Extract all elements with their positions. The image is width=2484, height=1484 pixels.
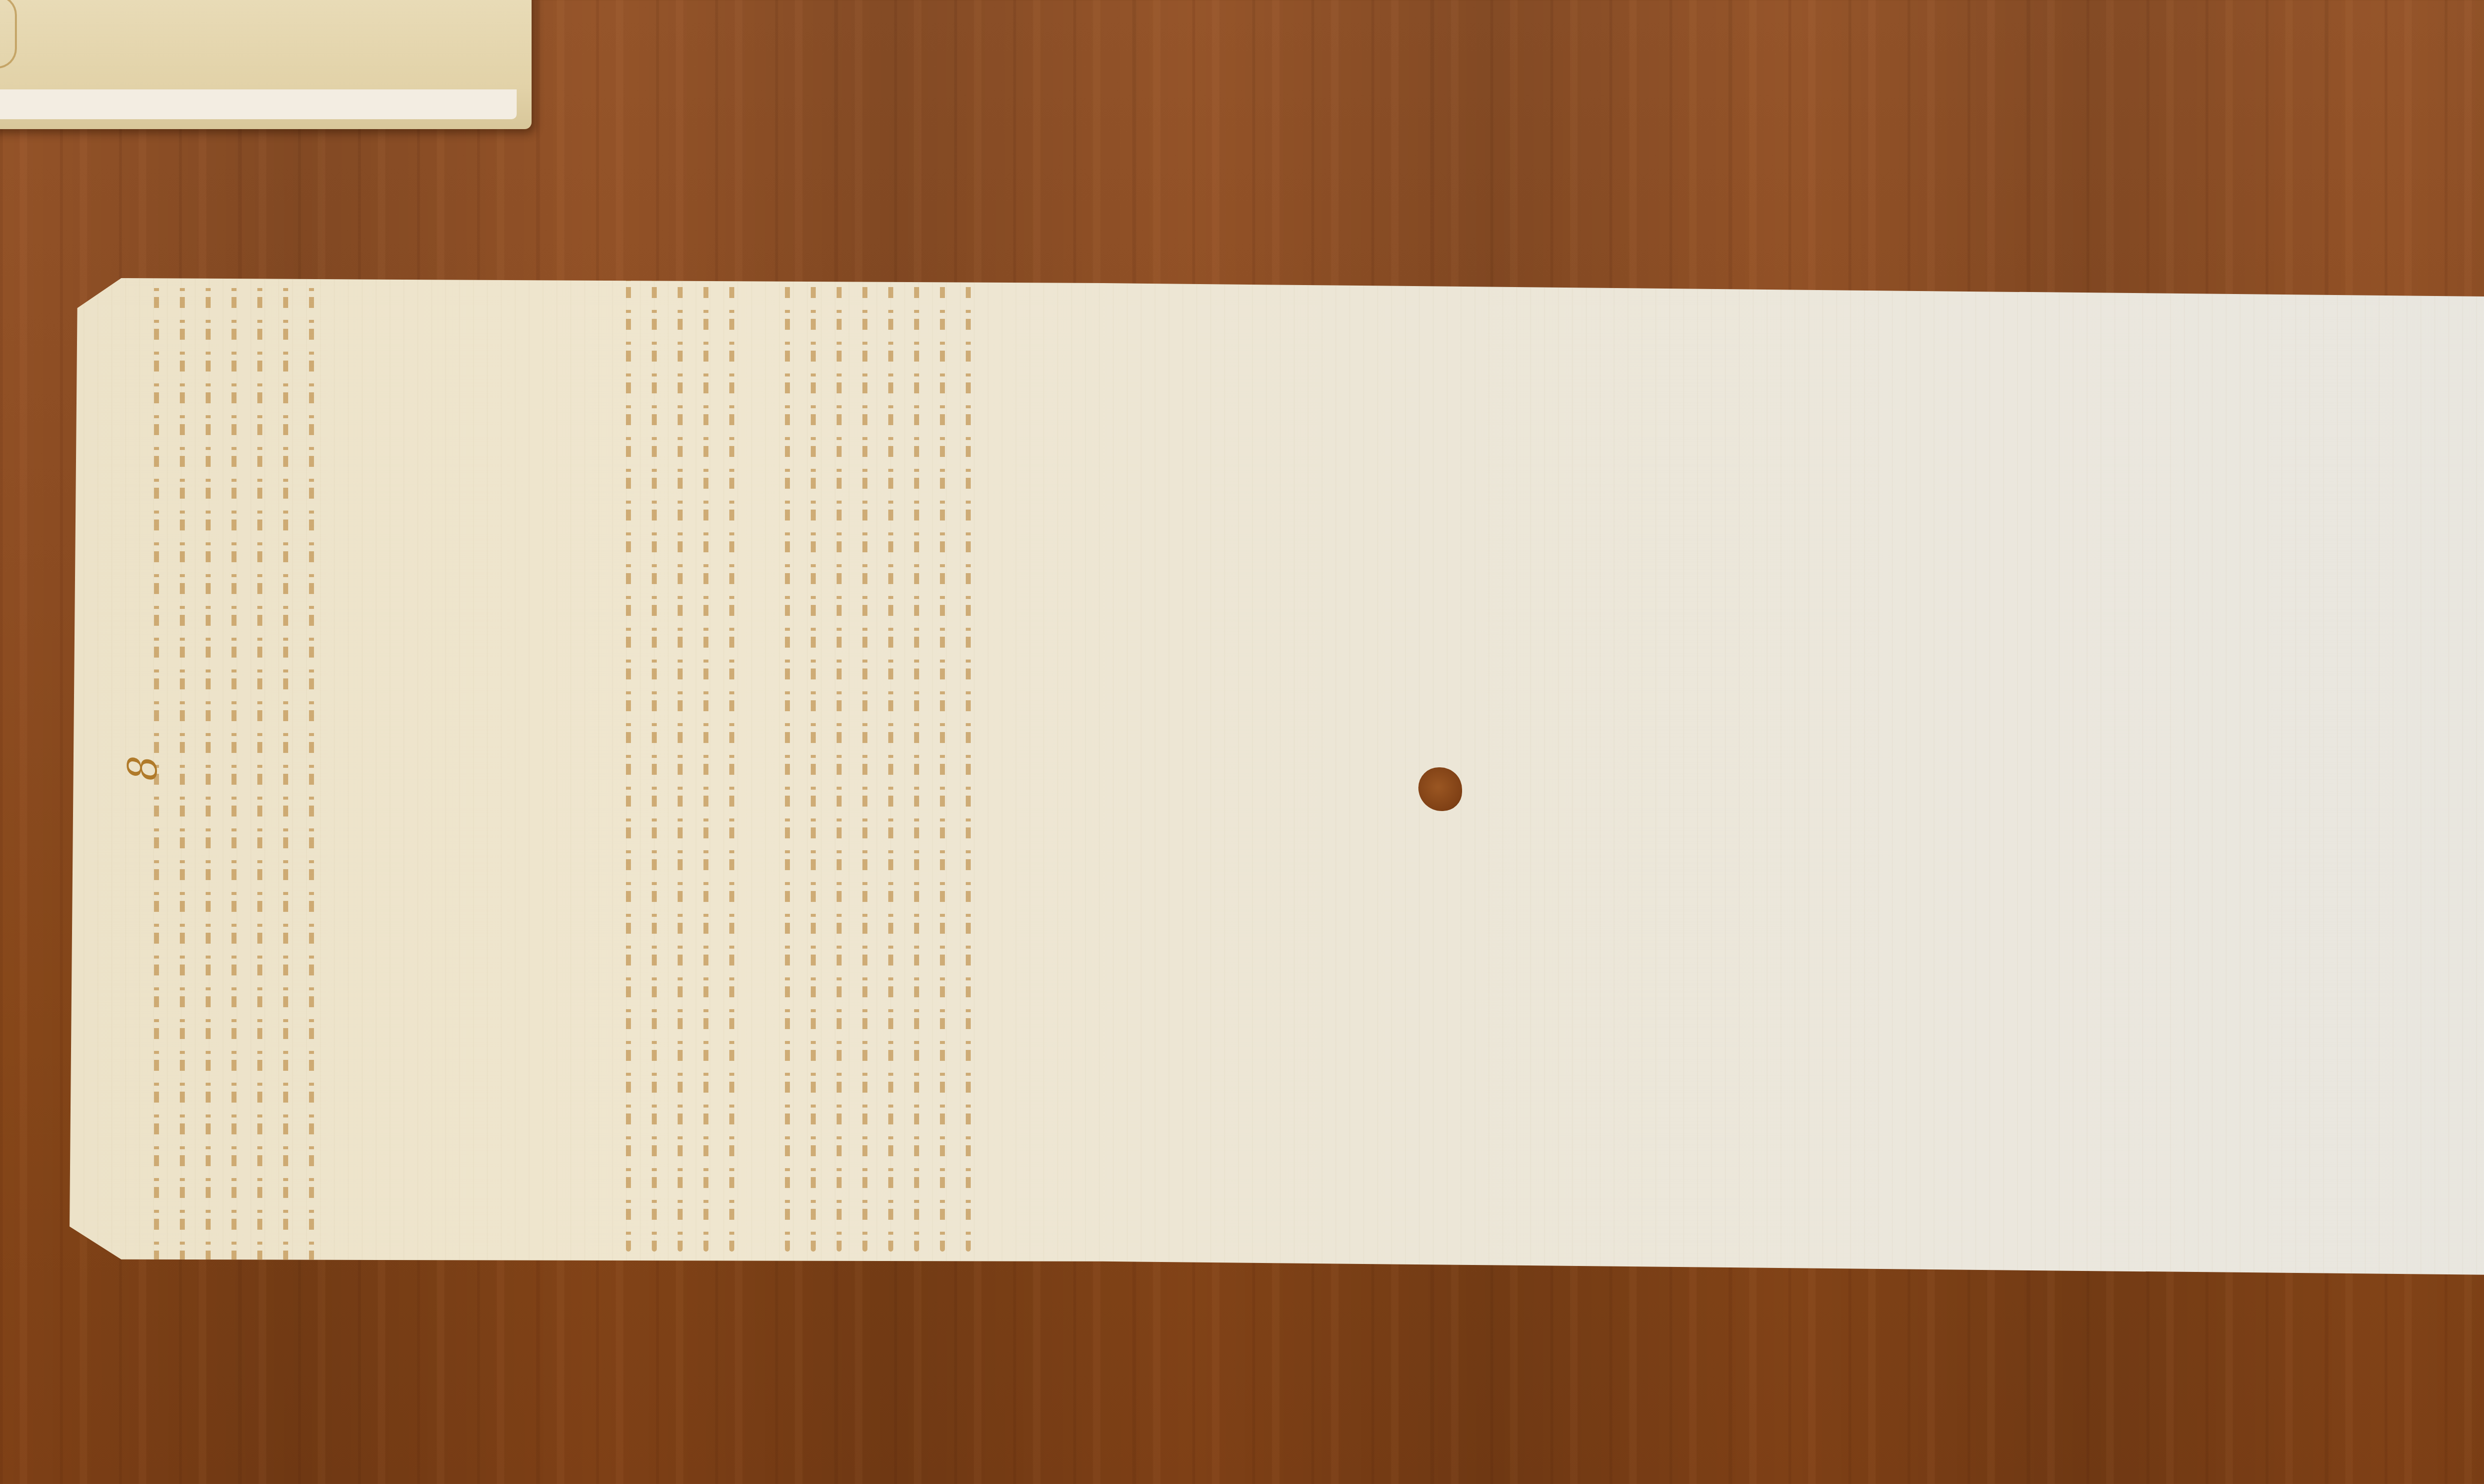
handwritten-line [257,268,262,1261]
folded-paper-underlayer [0,89,517,119]
handwritten-line [206,268,211,1261]
handwritten-line [729,258,734,1252]
handwritten-line [232,268,236,1261]
handwritten-line [862,258,867,1252]
handwritten-line [652,258,657,1252]
manuscript-leaf [70,278,2484,1276]
handwritten-line [966,258,971,1252]
handwritten-line [785,258,790,1252]
handwritten-line [626,258,631,1252]
handwritten-line [678,258,683,1252]
text-block-right [765,258,992,1252]
handwritten-line [703,258,708,1252]
folded-paper [0,0,532,129]
handwritten-line [283,268,288,1261]
text-block-middle [606,258,755,1252]
folio-number: 8 [120,755,166,781]
handwritten-line [811,258,816,1252]
handwritten-line [837,258,842,1252]
ink-flourish [0,0,17,69]
handwritten-line [940,258,945,1252]
handwritten-line [309,268,314,1261]
handwritten-line [914,258,919,1252]
handwritten-line [180,268,185,1261]
paper-texture [70,278,2484,1276]
handwritten-line [888,258,893,1252]
